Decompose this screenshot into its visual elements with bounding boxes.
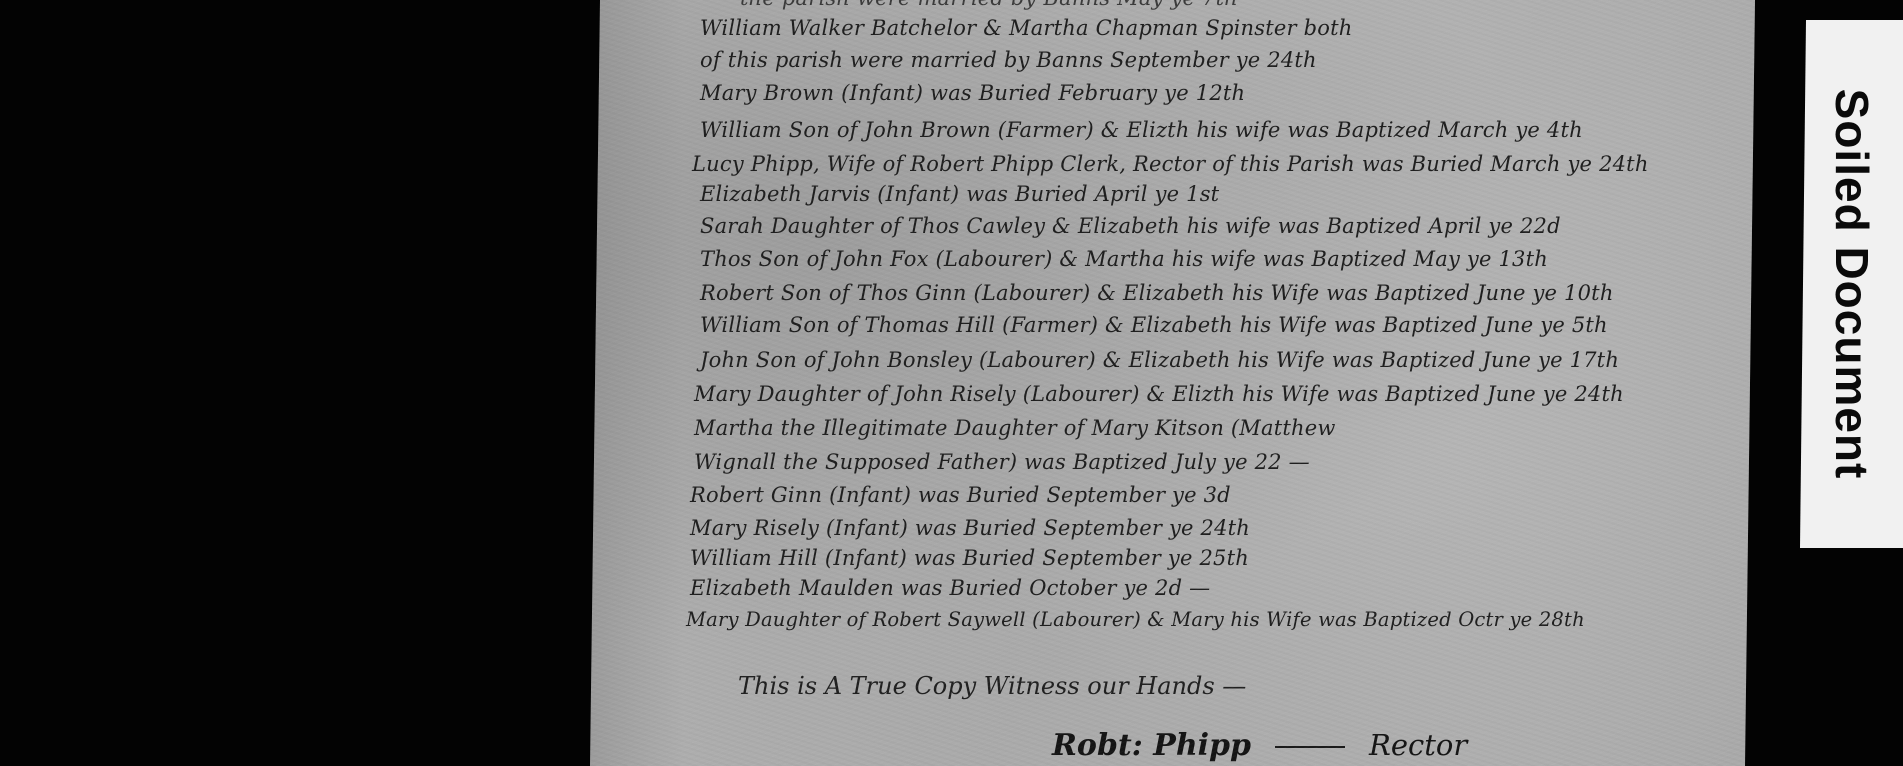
register-line: William Son of Thomas Hill (Farmer) & El…: [700, 313, 1608, 337]
signature-block: Robt: PhippRector: [1052, 728, 1467, 763]
register-line: William Son of John Brown (Farmer) & Eli…: [700, 118, 1583, 142]
register-line: Mary Brown (Infant) was Buried February …: [700, 81, 1245, 105]
register-line: Wignall the Supposed Father) was Baptize…: [694, 450, 1310, 474]
attestation-text: This is A True Copy Witness our Hands —: [738, 672, 1246, 700]
register-line: Sarah Daughter of Thos Cawley & Elizabet…: [700, 214, 1561, 238]
register-line: John Son of John Bonsley (Labourer) & El…: [700, 348, 1619, 372]
register-line: Lucy Phipp, Wife of Robert Phipp Clerk, …: [692, 152, 1649, 176]
signature-dash: [1275, 746, 1345, 748]
signature-title: Rector: [1369, 728, 1467, 762]
register-line: William Hill (Infant) was Buried Septemb…: [690, 546, 1249, 570]
register-line: of this parish were married by Banns Sep…: [700, 48, 1317, 72]
register-line: Elizabeth Jarvis (Infant) was Buried Apr…: [700, 182, 1219, 206]
register-line: Martha the Illegitimate Daughter of Mary…: [694, 416, 1336, 440]
register-line: Mary Daughter of Robert Saywell (Laboure…: [686, 608, 1585, 631]
register-line: Mary Daughter of John Risely (Labourer) …: [694, 382, 1624, 406]
soiled-document-label: Soiled Document: [1800, 20, 1903, 548]
register-line: Robert Ginn (Infant) was Buried Septembe…: [690, 483, 1231, 507]
document-page: the parish were married by Banns May ye …: [590, 0, 1755, 766]
soiled-document-label-text: Soiled Document: [1825, 89, 1879, 480]
register-line: Mary Risely (Infant) was Buried Septembe…: [690, 516, 1250, 540]
register-line: Elizabeth Maulden was Buried October ye …: [690, 576, 1210, 600]
register-line: William Walker Batchelor & Martha Chapma…: [700, 16, 1352, 40]
register-line: Robert Son of Thos Ginn (Labourer) & Eli…: [700, 281, 1614, 305]
register-line: the parish were married by Banns May ye …: [740, 0, 1238, 10]
register-line: Thos Son of John Fox (Labourer) & Martha…: [700, 247, 1548, 271]
signature-name: Robt: Phipp: [1052, 728, 1251, 763]
document-viewer: the parish were married by Banns May ye …: [0, 0, 1903, 766]
